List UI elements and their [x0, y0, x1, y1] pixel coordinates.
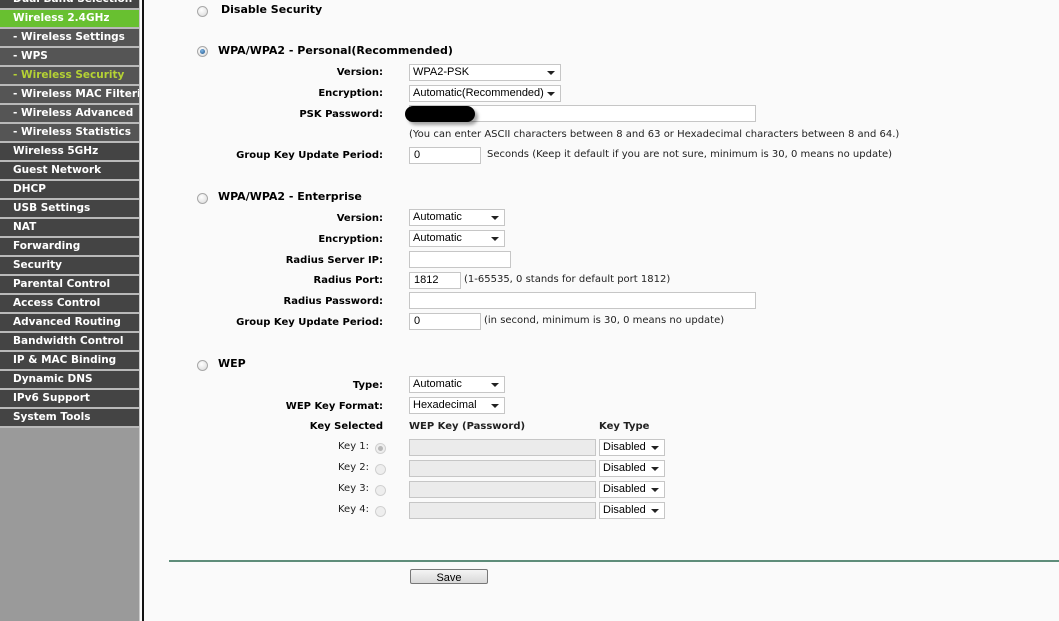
sidebar-item-wps[interactable]: - WPS	[0, 48, 139, 67]
sidebar-item-ipv6-support[interactable]: IPv6 Support	[0, 390, 139, 409]
sidebar-item-dual-band-selection[interactable]: Dual Band Selection	[0, 0, 139, 10]
sidebar-item-security[interactable]: Security	[0, 257, 139, 276]
chevron-down-icon	[547, 92, 555, 96]
col-wep-key: WEP Key (Password)	[409, 421, 525, 432]
chevron-down-icon	[491, 404, 499, 408]
chevron-down-icon	[491, 216, 499, 220]
radius-ip-label: Radius Server IP:	[183, 255, 383, 266]
enterprise-version-label: Version:	[183, 213, 383, 224]
radius-password-label: Radius Password:	[183, 296, 383, 307]
wep-key-radio[interactable]	[375, 506, 386, 517]
wep-key-type-select[interactable]: Disabled	[599, 481, 665, 498]
wep-key-format-select[interactable]: Hexadecimal	[409, 397, 505, 414]
wep-key-type-value: Disabled	[603, 441, 646, 453]
wep-key-input[interactable]	[409, 439, 596, 456]
chevron-down-icon	[651, 467, 659, 471]
disable-security-radio[interactable]	[197, 6, 208, 17]
sidebar-item-nat[interactable]: NAT	[0, 219, 139, 238]
wep-type-value: Automatic	[413, 378, 462, 390]
sidebar-item-usb-settings[interactable]: USB Settings	[0, 200, 139, 219]
radius-password-input[interactable]	[409, 292, 756, 309]
personal-version-value: WPA2-PSK	[413, 66, 469, 78]
personal-encryption-label: Encryption:	[183, 88, 383, 99]
personal-version-label: Version:	[183, 67, 383, 78]
personal-encryption-select[interactable]: Automatic(Recommended)	[409, 85, 561, 102]
wep-key-label: Key 4:	[338, 504, 369, 515]
personal-encryption-value: Automatic(Recommended)	[413, 87, 544, 99]
enterprise-gkup-input[interactable]: 0	[409, 313, 481, 330]
personal-gkup-hint: Seconds (Keep it default if you are not …	[487, 149, 892, 160]
disable-security-label: Disable Security	[221, 3, 322, 16]
sidebar-item-dhcp[interactable]: DHCP	[0, 181, 139, 200]
chevron-down-icon	[491, 237, 499, 241]
sidebar-menu: Dual Band SelectionWireless 2.4GHz- Wire…	[0, 0, 139, 428]
enterprise-gkup-label: Group Key Update Period:	[183, 317, 383, 328]
psk-password-hint: (You can enter ASCII characters between …	[409, 129, 899, 140]
radius-port-input[interactable]: 1812	[409, 272, 461, 289]
wep-key-type-value: Disabled	[603, 504, 646, 516]
personal-version-select[interactable]: WPA2-PSK	[409, 64, 561, 81]
wep-key-radio[interactable]	[375, 443, 386, 454]
wpa-enterprise-radio[interactable]	[197, 193, 208, 204]
sidebar-item-wireless-advanced[interactable]: - Wireless Advanced	[0, 105, 139, 124]
sidebar-item-access-control[interactable]: Access Control	[0, 295, 139, 314]
wep-key-label: Key 2:	[338, 462, 369, 473]
chevron-down-icon	[547, 71, 555, 75]
wep-key-label: Key 3:	[338, 483, 369, 494]
form-divider	[169, 560, 1059, 562]
radius-port-hint: (1-65535, 0 stands for default port 1812…	[464, 274, 670, 285]
sidebar-item-wireless-statistics[interactable]: - Wireless Statistics	[0, 124, 139, 143]
sidebar-item-wireless-2-4ghz[interactable]: Wireless 2.4GHz	[0, 10, 139, 29]
chevron-down-icon	[491, 383, 499, 387]
radius-port-label: Radius Port:	[183, 275, 383, 286]
chevron-down-icon	[651, 488, 659, 492]
wep-radio[interactable]	[197, 360, 208, 371]
wpa-enterprise-title: WPA/WPA2 - Enterprise	[218, 190, 362, 203]
sidebar: Dual Band SelectionWireless 2.4GHz- Wire…	[0, 0, 140, 621]
psk-password-label: PSK Password:	[183, 109, 383, 120]
save-button[interactable]: Save	[410, 569, 488, 584]
wpa-personal-title: WPA/WPA2 - Personal(Recommended)	[218, 44, 453, 57]
wep-title: WEP	[218, 357, 246, 370]
wep-key-type-select[interactable]: Disabled	[599, 502, 665, 519]
col-key-selected: Key Selected	[183, 421, 383, 432]
wep-type-select[interactable]: Automatic	[409, 376, 505, 393]
wep-key-type-select[interactable]: Disabled	[599, 460, 665, 477]
wep-key-type-value: Disabled	[603, 462, 646, 474]
wep-key-input[interactable]	[409, 502, 596, 519]
personal-gkup-label: Group Key Update Period:	[183, 150, 383, 161]
wep-key-input[interactable]	[409, 481, 596, 498]
wep-key-radio[interactable]	[375, 464, 386, 475]
redacted-password-mask	[405, 106, 475, 122]
wep-key-type-value: Disabled	[603, 483, 646, 495]
sidebar-edge	[139, 0, 140, 621]
wireless-security-panel: Disable Security WPA/WPA2 - Personal(Rec…	[144, 0, 1059, 621]
wep-key-input[interactable]	[409, 460, 596, 477]
sidebar-item-parental-control[interactable]: Parental Control	[0, 276, 139, 295]
sidebar-item-wireless-5ghz[interactable]: Wireless 5GHz	[0, 143, 139, 162]
sidebar-item-forwarding[interactable]: Forwarding	[0, 238, 139, 257]
enterprise-version-select[interactable]: Automatic	[409, 209, 505, 226]
personal-gkup-input[interactable]: 0	[409, 147, 481, 164]
wep-key-format-label: WEP Key Format:	[183, 401, 383, 412]
sidebar-item-wireless-mac-filtering[interactable]: - Wireless MAC Filtering	[0, 86, 139, 105]
enterprise-version-value: Automatic	[413, 211, 462, 223]
sidebar-item-wireless-security[interactable]: - Wireless Security	[0, 67, 139, 86]
col-key-type: Key Type	[599, 421, 649, 432]
chevron-down-icon	[651, 509, 659, 513]
wep-key-label: Key 1:	[338, 441, 369, 452]
radius-ip-input[interactable]	[409, 251, 511, 268]
chevron-down-icon	[651, 446, 659, 450]
enterprise-encryption-select[interactable]: Automatic	[409, 230, 505, 247]
wpa-personal-radio[interactable]	[197, 46, 208, 57]
enterprise-encryption-value: Automatic	[413, 232, 462, 244]
wep-key-format-value: Hexadecimal	[413, 399, 477, 411]
sidebar-item-system-tools[interactable]: System Tools	[0, 409, 139, 428]
sidebar-item-ip-mac-binding[interactable]: IP & MAC Binding	[0, 352, 139, 371]
wep-key-type-select[interactable]: Disabled	[599, 439, 665, 456]
sidebar-item-advanced-routing[interactable]: Advanced Routing	[0, 314, 139, 333]
enterprise-encryption-label: Encryption:	[183, 234, 383, 245]
sidebar-item-dynamic-dns[interactable]: Dynamic DNS	[0, 371, 139, 390]
enterprise-gkup-hint: (in second, minimum is 30, 0 means no up…	[484, 315, 724, 326]
sidebar-item-guest-network[interactable]: Guest Network	[0, 162, 139, 181]
wep-key-radio[interactable]	[375, 485, 386, 496]
sidebar-item-bandwidth-control[interactable]: Bandwidth Control	[0, 333, 139, 352]
wep-type-label: Type:	[183, 380, 383, 391]
sidebar-item-wireless-settings[interactable]: - Wireless Settings	[0, 29, 139, 48]
